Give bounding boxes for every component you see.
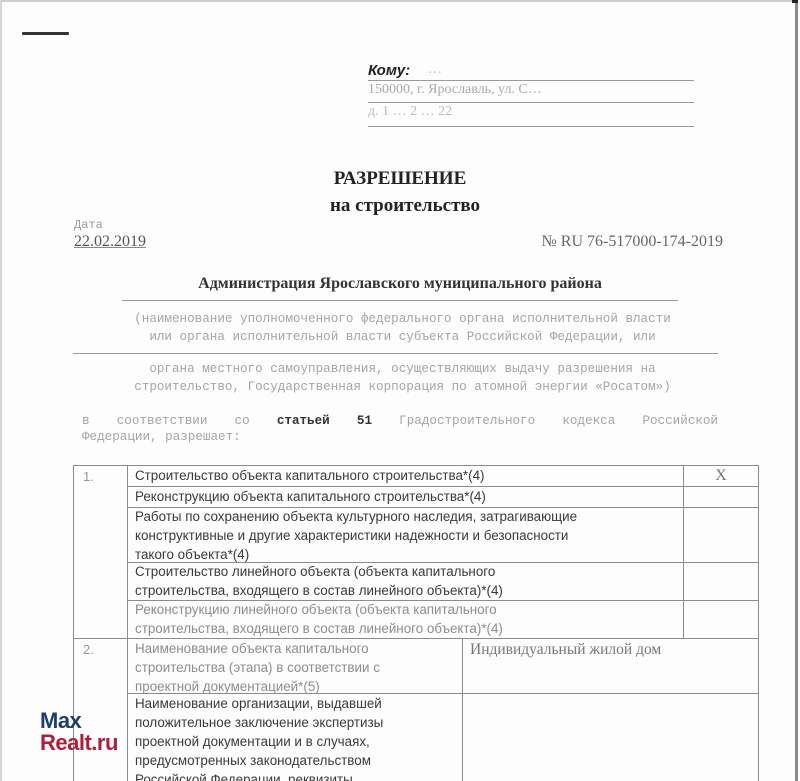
table-row-heritage-works: Работы по сохранению объекта культурного…: [135, 507, 680, 564]
scan-edge: [795, 0, 798, 781]
checkbox-new-construction[interactable]: X: [684, 466, 758, 485]
authority-underline: [122, 300, 678, 301]
corner-dash-mark: [22, 32, 69, 35]
object-name-value: Индивидуальный жилой дом: [470, 640, 755, 659]
recipient-line-2: [368, 102, 694, 103]
document-title: РАЗРЕШЕНИЕ: [0, 168, 800, 190]
caption-divider: [73, 353, 718, 354]
date-label: Дата: [74, 218, 103, 232]
caption-line-2: или органа исполнительной власти субъект…: [80, 328, 725, 346]
watermark-line-2: Realt.ru: [40, 732, 118, 754]
caption-line-1: (наименование уполномоченного федерально…: [80, 310, 725, 328]
expertise-organization-label: Наименование организации, выдавшей полож…: [135, 694, 460, 781]
issuing-authority: Администрация Ярославского муниципальног…: [0, 275, 800, 293]
recipient-name: …: [428, 62, 694, 78]
basis-prefix: в соответствии со: [82, 414, 250, 428]
checkbox-heritage-works[interactable]: [684, 508, 758, 562]
date-value: 22.02.2019: [74, 233, 146, 251]
object-name-label: Наименование объекта капитального строит…: [135, 639, 460, 696]
table-row-linear-reconstruction: Реконструкцию линейного объекта (объекта…: [135, 600, 680, 638]
document-subtitle: на строительство: [0, 195, 800, 217]
recipient-label: Кому:: [368, 62, 410, 79]
caption-line-4: строительство, Государственная корпораци…: [80, 378, 725, 396]
recipient-address: 150000, г. Ярославль, ул. С…: [368, 82, 694, 98]
recipient-address-2: д. 1 … 2 … 22: [368, 104, 694, 120]
section-number-2: 2.: [83, 640, 94, 659]
permit-number: № RU 76-517000-174-2019: [542, 233, 723, 251]
recipient-line-1: [368, 80, 694, 81]
table-row-linear-construction: Строительство линейного объекта (объекта…: [135, 562, 680, 600]
checkbox-reconstruction[interactable]: [684, 487, 758, 507]
scan-edge-mark: [792, 0, 798, 3]
table-row-reconstruction: Реконструкцию объекта капитального строи…: [135, 487, 680, 506]
caption-line-3: органа местного самоуправления, осуществ…: [80, 360, 725, 378]
basis-line-2: Федерации, разрешает:: [82, 430, 241, 444]
basis-article: статьей 51: [277, 414, 372, 428]
watermark-line-1: Max: [40, 710, 118, 732]
checkbox-linear-construction[interactable]: [684, 563, 758, 600]
section-number-1: 1.: [83, 467, 94, 486]
table-row-new-construction: Строительство объекта капитального строи…: [135, 466, 680, 485]
checkbox-linear-reconstruction[interactable]: [684, 601, 758, 638]
watermark-logo: Max Realt.ru: [40, 710, 118, 754]
recipient-line-3: [368, 126, 694, 127]
legal-basis: в соответствии со статьей 51 Градостроит…: [82, 412, 718, 430]
basis-suffix: Градостроительного кодекса Российской: [399, 414, 718, 428]
